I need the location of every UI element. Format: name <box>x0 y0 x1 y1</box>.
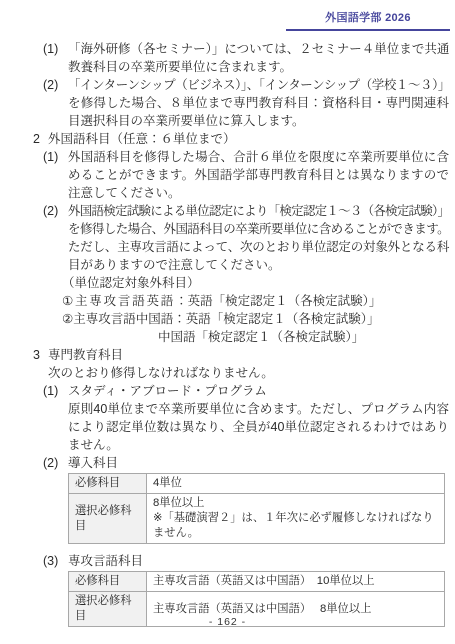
item-marker: (1) <box>43 40 58 58</box>
item-title: 導入科目 <box>68 456 118 470</box>
row-value-cell: 主専攻言語（英語又は中国語） 10単位以上 <box>147 572 445 592</box>
list-item-line: (1)外国語科目を修得した場合、合計６単位を限度に卒業所要単位に含 <box>68 148 449 166</box>
list-item-line: 原則40単位まで卒業所要単位に含めます。ただし、プログラム内容 <box>68 400 449 418</box>
list-item-line: (2)「インターンシップ（ビジネス）」、「インターンシップ（学校１～３）」 <box>68 76 449 94</box>
note-text: ：英語「検定認定１（各検定試験）」 <box>175 294 381 308</box>
item-text: 教養科目の卒業所要単位に含まれます。 <box>68 60 292 74</box>
intro-text: 次のとおり修得しなければなりません。 <box>48 366 274 380</box>
row-label-cell: 必修科目 <box>69 572 147 592</box>
item-text: 「インターンシップ（ビジネス）」、「インターンシップ（学校１～３）」 <box>68 78 449 92</box>
item-text: 注意してください。 <box>68 186 181 200</box>
note-text: 中国語「検定認定１（各検定試験）」 <box>158 330 364 344</box>
item-text: ません。 <box>68 438 119 452</box>
document-body: (1)「海外研修（各セミナー）」については、２セミナー４単位まで共通 教養科目の… <box>0 40 455 627</box>
item-title: スタディ・アブロード・プログラム <box>68 384 267 398</box>
item-text: 外国語科目を修得した場合、合計６単位を限度に卒業所要単位に含 <box>68 150 449 164</box>
item-text: 原則40単位まで卒業所要単位に含めます。ただし、プログラム内容 <box>68 402 449 416</box>
row-label-cell: 必修科目 <box>69 474 147 494</box>
list-item-line: (2)導入科目 <box>68 454 449 472</box>
section-title: 外国語科目（任意：６単位まで） <box>48 132 236 146</box>
list-item-line: により認定単位数は異なり、全員が40単位認定されるわけではあり <box>68 418 449 436</box>
item-marker: (1) <box>43 382 58 400</box>
section-3-intro: 次のとおり修得しなければなりません。 <box>33 364 455 382</box>
item-title: 専攻言語科目 <box>68 554 143 568</box>
row-label-cell: 選択必修科目 <box>69 494 147 544</box>
list-item-line: 注意してください。 <box>68 184 449 202</box>
row-value-cell: 4単位 <box>147 474 445 494</box>
table-row: 必修科目 4単位 <box>69 474 445 494</box>
value-line: 主専攻言語（英語又は中国語） 10単位以上 <box>153 574 438 589</box>
table-row: 選択必修科目 8単位以上 ※「基礎演習２」は、１年次に必ず履修しなければなりませ… <box>69 494 445 544</box>
value-line: 8単位以上 <box>153 496 438 511</box>
item-text: 目選択科目の卒業所要単位に算入します。 <box>68 114 305 128</box>
table-row: 必修科目 主専攻言語（英語又は中国語） 10単位以上 <box>69 572 445 592</box>
item-text: 外国語検定試験による単位認定により「検定認定１～３（各検定試験）」 <box>68 204 449 218</box>
item-text: ただし、主専攻言語によって、次のとおり単位認定の対象外となる科 <box>68 240 449 254</box>
item-text: めることができます。外国語学部専門教育科目とは異なりますので <box>68 168 449 182</box>
page-number: - 162 - <box>0 616 455 628</box>
item-marker: (2) <box>43 202 58 220</box>
item-text: を修得した場合、８単位まで専門教育科目：資格科目・専門関連科 <box>68 96 449 110</box>
excluded-subjects-note-2-continuation: 中国語「検定認定１（各検定試験）」 <box>158 328 455 346</box>
section-number: 3 <box>33 346 48 364</box>
list-item-line: 目選択科目の卒業所要単位に算入します。 <box>68 112 449 130</box>
note-text: ②主専攻言語中国語：英語「検定認定１（各検定試験）」 <box>62 312 379 326</box>
list-item-line: (1)「海外研修（各セミナー）」については、２セミナー４単位まで共通 <box>68 40 449 58</box>
row-value-cell: 8単位以上 ※「基礎演習２」は、１年次に必ず履修しなければなりません。 <box>147 494 445 544</box>
item-marker: (1) <box>43 148 58 166</box>
item-marker: (2) <box>43 454 58 472</box>
list-item-line: めることができます。外国語学部専門教育科目とは異なりますので <box>68 166 449 184</box>
header-title: 外国語学部 2026 <box>325 12 411 24</box>
list-item-line: ません。 <box>68 436 449 454</box>
note-text: （単位認定対象外科目） <box>62 276 200 290</box>
item-text: 目がありますので注意してください。 <box>68 258 281 272</box>
section-number: 2 <box>33 130 48 148</box>
item-text: により認定単位数は異なり、全員が40単位認定されるわけではあり <box>68 420 449 434</box>
intro-subjects-table: 必修科目 4単位 選択必修科目 8単位以上 ※「基礎演習２」は、１年次に必ず履修… <box>68 473 445 544</box>
list-item-line: (2)外国語検定試験による単位認定により「検定認定１～３（各検定試験）」 <box>68 202 449 220</box>
value-line: 主専攻言語（英語又は中国語） 8単位以上 <box>153 602 438 617</box>
page-header: 外国語学部 2026 <box>286 10 450 31</box>
list-item-line: を修得した場合、外国語科目の卒業所要単位に含めることができます。 <box>68 220 449 238</box>
list-item-line: (1)スタディ・アブロード・プログラム <box>68 382 449 400</box>
section-2-heading: 2外国語科目（任意：６単位まで） <box>33 130 455 148</box>
list-item-line: を修得した場合、８単位まで専門教育科目：資格科目・専門関連科 <box>68 94 449 112</box>
excluded-subjects-note-title: （単位認定対象外科目） <box>62 274 455 292</box>
document-page: 外国語学部 2026 (1)「海外研修（各セミナー）」については、２セミナー４単… <box>0 0 455 644</box>
item-marker: (3) <box>43 552 58 570</box>
list-item-line: 目がありますので注意してください。 <box>68 256 449 274</box>
note-prefix: ①主専攻言語英語 <box>62 294 175 308</box>
excluded-subjects-note-2: ②主専攻言語中国語：英語「検定認定１（各検定試験）」 <box>62 310 455 328</box>
section-3-heading: 3専門教育科目 <box>33 346 455 364</box>
value-line: ※「基礎演習２」は、１年次に必ず履修しなければなりません。 <box>153 511 438 541</box>
item-marker: (2) <box>43 76 58 94</box>
item-text: を修得した場合、外国語科目の卒業所要単位に含めることができます。 <box>68 222 449 236</box>
item-text: 「海外研修（各セミナー）」については、２セミナー４単位まで共通 <box>68 42 449 56</box>
list-item-line: 教養科目の卒業所要単位に含まれます。 <box>68 58 449 76</box>
excluded-subjects-note-1: ①主専攻言語英語：英語「検定認定１（各検定試験）」 <box>62 292 455 310</box>
value-line: 4単位 <box>153 476 438 491</box>
list-item-line: ただし、主専攻言語によって、次のとおり単位認定の対象外となる科 <box>68 238 449 256</box>
section-title: 専門教育科目 <box>48 348 123 362</box>
list-item-line: (3)専攻言語科目 <box>68 552 449 570</box>
